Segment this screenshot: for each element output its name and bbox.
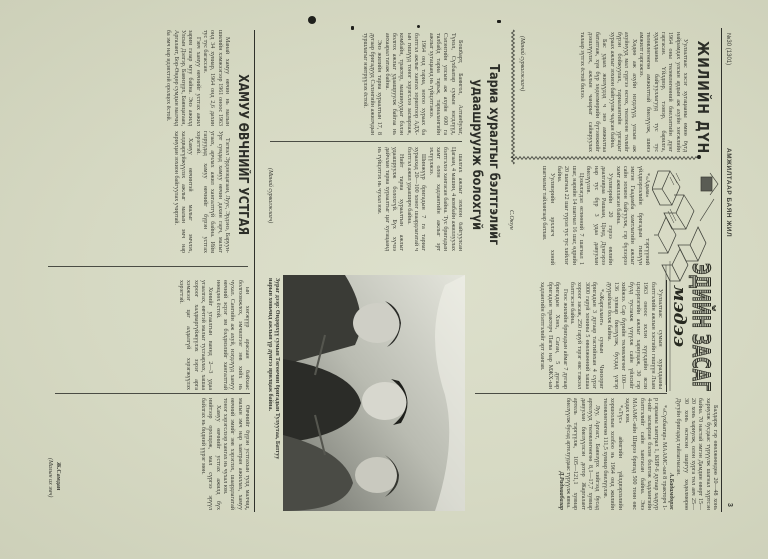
- paragraph: Гоос жилийн бригадын аймаг 7 дугаар бриг…: [538, 282, 567, 389]
- photo-caption-line: нарын хоньчид ажлын үр дүнгээ ярилцаж ба…: [266, 278, 273, 511]
- paragraph: Хамуу өвчнийг устгах ажилд бүх нийтээр о…: [199, 398, 221, 510]
- scabies-author-title: (Малын их эмч): [46, 458, 53, 497]
- page-number: 3: [726, 503, 733, 507]
- paragraph: Цээжлэгдэл өглөөний 7 шагнал 1 шаг, нари…: [555, 166, 584, 265]
- news-column-a-byline: С.Оюун: [507, 210, 514, 230]
- paragraph: *«Сүхбаатар» МААМС-ын 8 тракторч 1-р гар…: [623, 398, 667, 510]
- scabies-column-4: Өвчнийг бүрэн устгахын тулд малчид, малы…: [62, 398, 250, 510]
- news-column-a: *«Адьяа» тэргүүний үйлдвэрлэлийн бригады…: [517, 166, 650, 265]
- rubric-title: ЭДИЙН ЗАСАГ: [687, 263, 716, 391]
- paragraph: Хөдөө аж ахуйн нэгдлүүд, улсын аж ахуйну…: [607, 32, 636, 152]
- harvest-column-2: шалгах ажлыг зохион байгуулсан Цагаан, 4…: [277, 147, 463, 251]
- rubric-subtitle: мэдээ: [669, 285, 689, 347]
- paragraph: *«Түс» аймгийн үйлдвэрлэлийн хоршоолын х…: [601, 398, 623, 510]
- scabies-article-title: ХАМУУ ӨВЧНИЙГ УСТГАЯ: [234, 45, 250, 265]
- scan-blemish: [497, 20, 501, 23]
- scabies-column-3: ын хөгжүүр арасаан байхаас болгоомжлох, …: [43, 280, 250, 390]
- scabies-title-text: ХАМУУ ӨВЧНИЙГ УСТГАЯ: [234, 75, 250, 236]
- paragraph: Шинжүүр бригадын 7 га тариаг хураахад 20…: [404, 147, 426, 251]
- column-divider: [475, 393, 667, 394]
- paragraph: Луу, Аргаст, Баянзүрх хийгээд бусад арте…: [564, 398, 601, 510]
- annual-results-body: Уулзалтаас хэсэг хугацааны өмнө бүгд най…: [528, 32, 688, 152]
- paragraph: Балдарж гэр өвөлжөөндөө 20—48 хонь хариу…: [674, 398, 718, 510]
- annual-results-title: ЖИЛИЙН ДҮН: [694, 30, 711, 158]
- scan-blemish: [351, 26, 354, 30]
- paragraph: Уулзалтаас сумын хуралдааны бэлтгэлийн а…: [604, 282, 663, 389]
- wavy-border-right: [513, 155, 697, 161]
- news-photo: [283, 275, 465, 511]
- scabies-column-2: Тэгвэл Эрдэнэцагаан, Луус, Эрдэнэ, Баруу…: [43, 131, 230, 253]
- paragraph: Тэгвэл Эрдэнэцагаан, Луус, Эрдэнэ, Баруу…: [193, 131, 230, 253]
- paragraph: Нийт тариа хураалтын ажлыг удаашруулж бо…: [375, 147, 404, 251]
- harvest-title-line-1: Тариа хуралтыг бэлтгэлийг: [485, 65, 502, 246]
- running-title: АМЖИЛТААР БАЯН ЖИЛ: [725, 148, 732, 237]
- logo-underline-rule: [666, 280, 667, 392]
- news-item-byline: А.Бадамдорж: [667, 398, 674, 510]
- section-rule: [254, 30, 255, 512]
- paragraph: Уулзвэрийн 20 гэрээ өвлийн даалгавраа Ра…: [584, 166, 613, 265]
- issue-number: №30 (1301): [724, 33, 731, 65]
- column-divider: [55, 393, 250, 394]
- scan-blemish: [308, 16, 316, 24]
- scabies-column-1: Манай хамуу өвчин нь малын шилийн хэмжээ…: [43, 30, 230, 126]
- news-item-byline: Д.Раднаабазар: [556, 398, 563, 510]
- harvest-column-1: Бошбарт, Баянгол, Алтанбулаг, Түнэл, Сүх…: [263, 33, 463, 135]
- paragraph: Уулзалтаас хэсэг хугацааны өмнө бүгд най…: [637, 32, 688, 152]
- news-column-c: Балдарж гэр өвөлжөөндөө 20—48 хонь хариу…: [472, 398, 718, 510]
- column-divider: [48, 266, 248, 267]
- harvest-article-title: Тариа хуралтыг бэлтгэлийг удаашруулж бол…: [468, 35, 502, 275]
- decorative-bullet-icon: [697, 155, 701, 159]
- paragraph: Гэвч хамуу өвчнийг устгах ажил зарим газ…: [164, 30, 201, 126]
- scabies-author: Ж.Самдан: [54, 462, 61, 490]
- paragraph: 1964 онд тариа, ногоо хураах ба бэлтгэл …: [382, 33, 426, 135]
- paragraph: *«Адьяа» тэргүүний үйлдвэрлэлийн бригады…: [613, 166, 650, 265]
- annual-results-byline: (Манай сурвалжлагч): [518, 36, 525, 91]
- wavy-border-bottom: [510, 30, 516, 160]
- paragraph: шалгах ажлыг зохион байгуулсан Цагаан, 4…: [426, 147, 463, 251]
- paragraph: Хонийг угаалгын ваннд 2—3 удаа угаалгах,…: [177, 280, 214, 390]
- paragraph: *«Жаргалант» сумын Чинзориг бригадын 3 д…: [568, 282, 605, 389]
- header-rule: [721, 28, 722, 512]
- harvest-title-line-2: удаашруулж болохгүй: [468, 80, 485, 231]
- paragraph: Энэ жилийн тариа хураалтын 17, 8 дугаар …: [360, 33, 382, 135]
- paragraph: Манай хамуу өвчин нь малын шилийн хэмжээ…: [201, 30, 230, 126]
- annual-results-box: ЖИЛИЙН ДҮН Уулзалтаас хэсэг хугацааны өм…: [513, 30, 719, 158]
- newspaper-page: №30 (1301) АМЖИЛТААР БАЯН ЖИЛ 3 ЖИЛИЙН Д…: [0, 0, 768, 559]
- harvest-byline: (Манай сурвалжлагч): [266, 168, 273, 223]
- news-column-b: Уулзалтаас сумын хуралдааны бэлтгэлийн а…: [470, 282, 663, 389]
- paragraph: Бошбарт, Баянгол, Алтанбулаг, Түнэл, Сүх…: [426, 33, 463, 135]
- paragraph: ын хөгжүүр арасаан байхаас болгоомжлох, …: [213, 280, 250, 390]
- photo-caption-line: Зураг дээр: Өндөрхүү сумын Төгөөчин бриг…: [273, 278, 280, 511]
- paragraph: Өвчнийг бүрэн устгахын тулд малчид, малы…: [221, 398, 250, 510]
- photo-caption: Зураг дээр: Өндөрхүү сумын Төгөөчин бриг…: [266, 278, 280, 511]
- annual-results-title-text: ЖИЛИЙН ДҮН: [694, 41, 711, 154]
- scan-blemish: [417, 25, 420, 28]
- paragraph: Хамуу өвчинтэй малыг эмчлэх, халдваргүйж…: [171, 131, 193, 253]
- paragraph: Уулзвэрийн эрхлэгч хэний шагналыг тайлан…: [540, 166, 555, 265]
- column-divider: [270, 141, 462, 142]
- paragraph: Бас удаах жилүүдэд ч энэ амжилтаа бататг…: [578, 32, 607, 152]
